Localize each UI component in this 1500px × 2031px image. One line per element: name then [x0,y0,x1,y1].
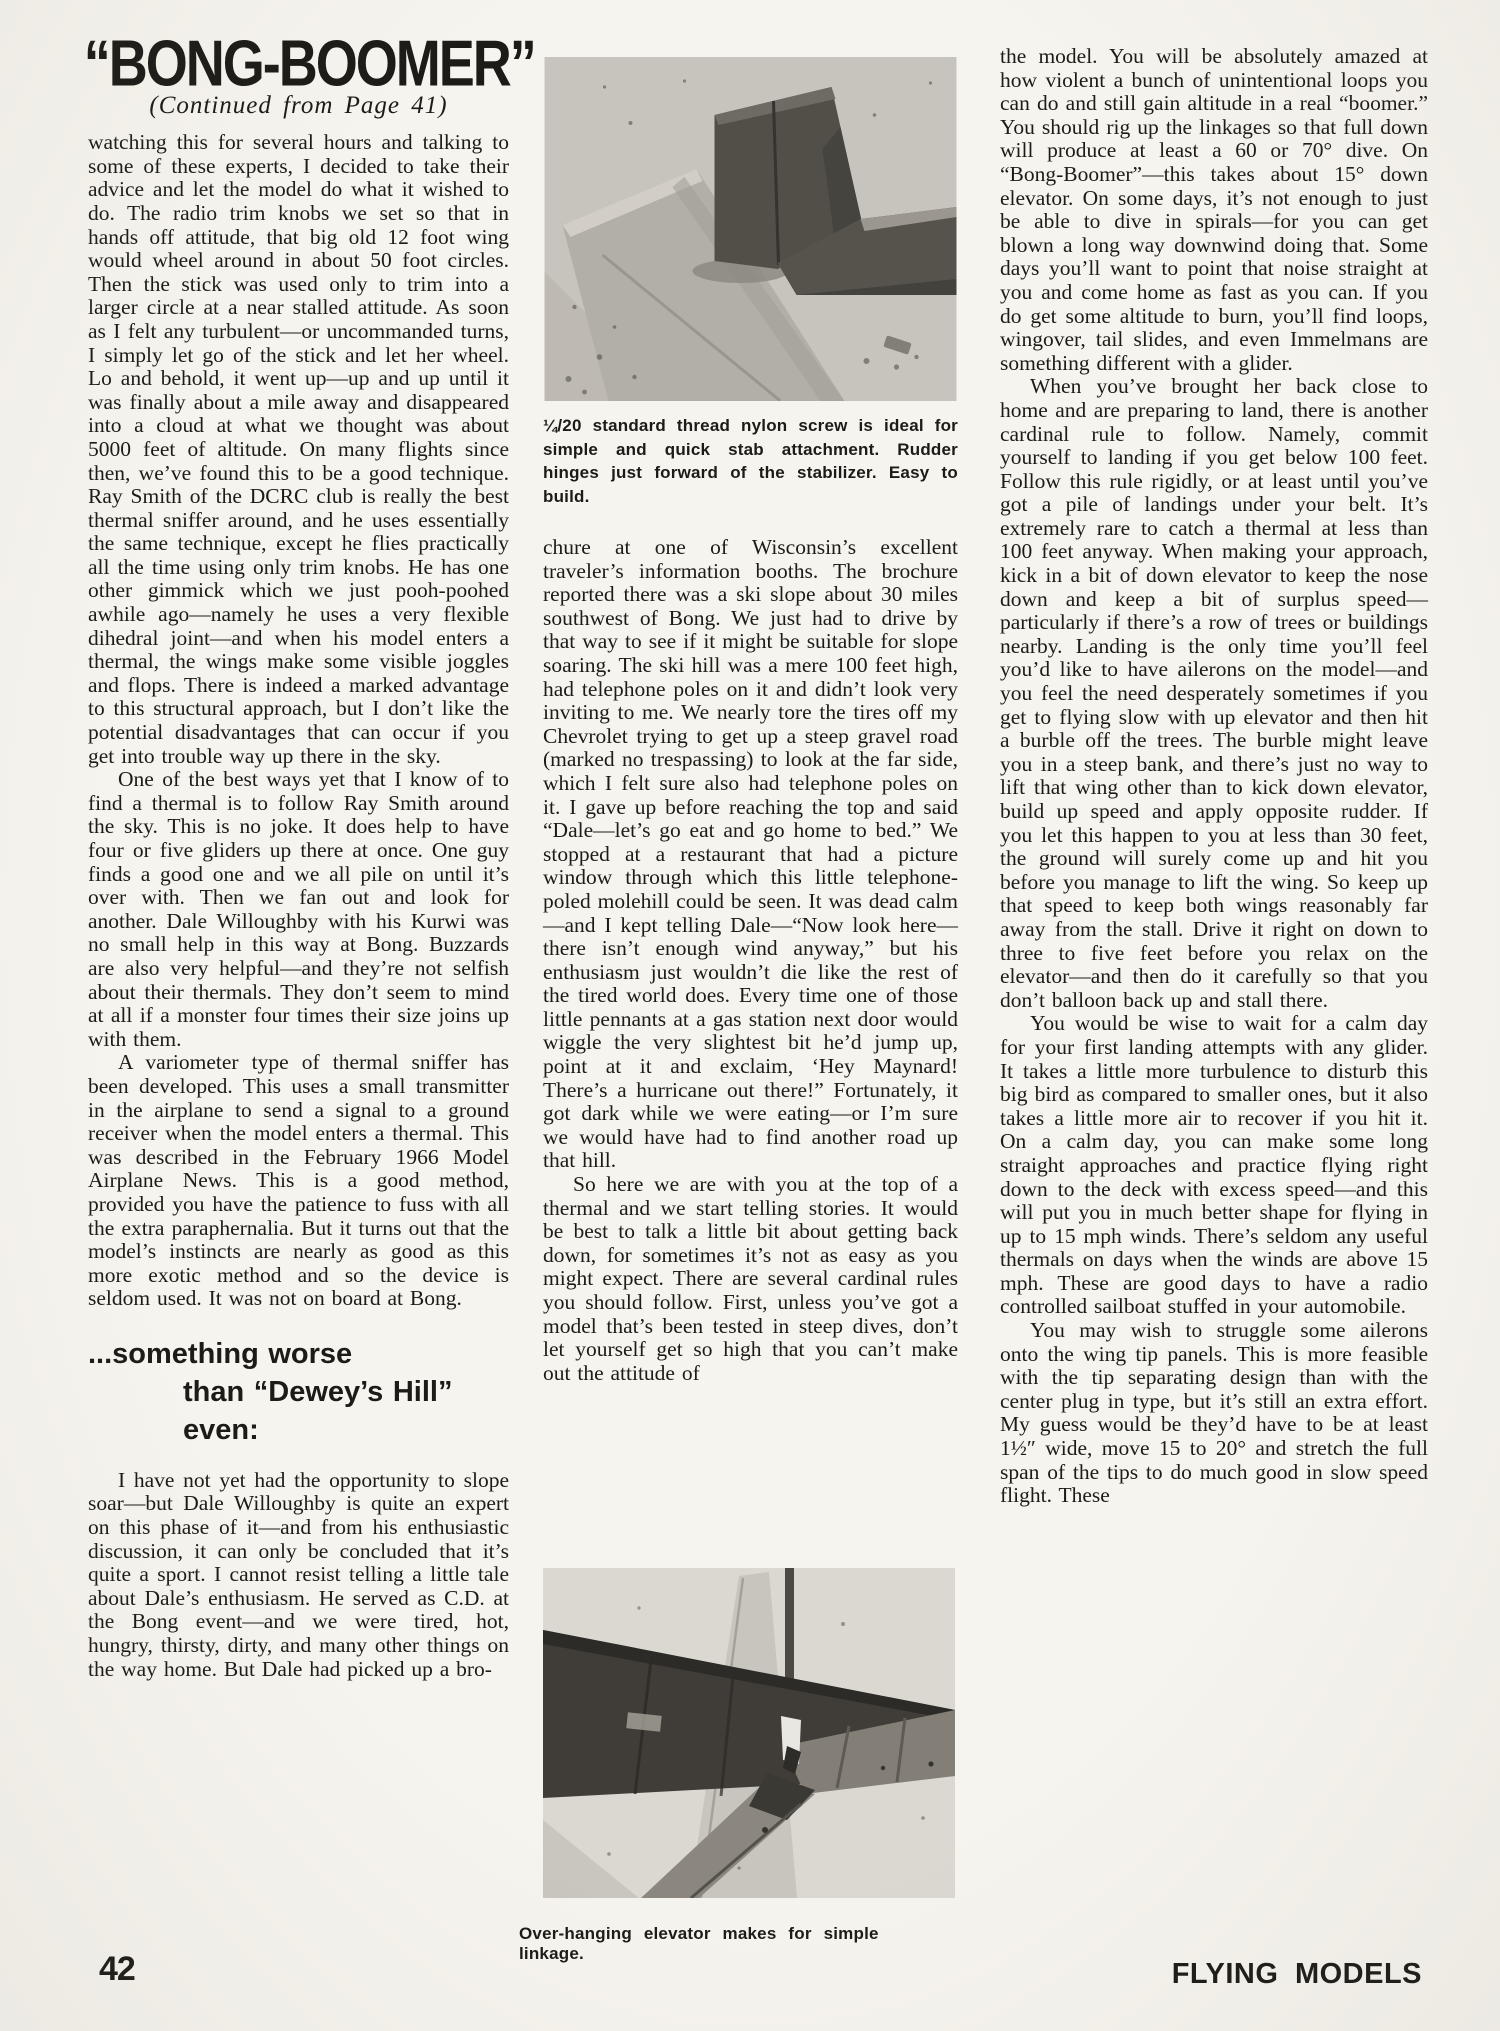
tail-assembly-photo [543,57,958,401]
middle-column-body: chure at one of Wisconsin’s excellent tr… [543,536,958,1385]
body-paragraph: chure at one of Wisconsin’s excellent tr… [543,536,958,1173]
body-paragraph: I have not yet had the opportunity to sl… [88,1469,509,1681]
magazine-page: “BONG-BOOMER” (Continued from Page 41) w… [0,0,1500,2031]
elevator-photo-wrap [543,1568,955,1898]
right-column: the model. You will be absolutely amazed… [1000,45,1428,1508]
magazine-logo: FLYING MODELS [1172,1958,1422,1991]
body-paragraph: the model. You will be absolutely amazed… [1000,45,1428,375]
body-paragraph: A variometer type of thermal sniffer has… [88,1051,509,1311]
photo-top-caption: ¼/20 standard thread nylon screw is idea… [543,414,958,508]
elevator-linkage-photo [543,1568,955,1898]
body-paragraph: You may wish to struggle some ailerons o… [1000,1319,1428,1508]
body-paragraph: You would be wise to wait for a calm day… [1000,1012,1428,1319]
body-paragraph: When you’ve brought her back close to ho… [1000,375,1428,1012]
photo-bottom-caption: Over-hanging elevator makes for simple l… [519,1924,951,1964]
page-number: 42 [99,1950,135,1989]
body-paragraph: watching this for several hours and talk… [88,131,509,768]
body-paragraph: One of the best ways yet that I know of … [88,768,509,1051]
section-heading-line1: ...something worse [88,1338,352,1370]
body-paragraph: So here we are with you at the top of a … [543,1173,958,1385]
middle-column: ¼/20 standard thread nylon screw is idea… [543,57,958,1385]
section-heading-line2: than “Dewey’s Hill” even: [88,1373,509,1449]
section-heading: ...something worse than “Dewey’s Hill” e… [88,1335,509,1449]
left-column: “BONG-BOOMER” (Continued from Page 41) w… [88,42,509,1681]
article-title: “BONG-BOOMER” [84,50,513,79]
